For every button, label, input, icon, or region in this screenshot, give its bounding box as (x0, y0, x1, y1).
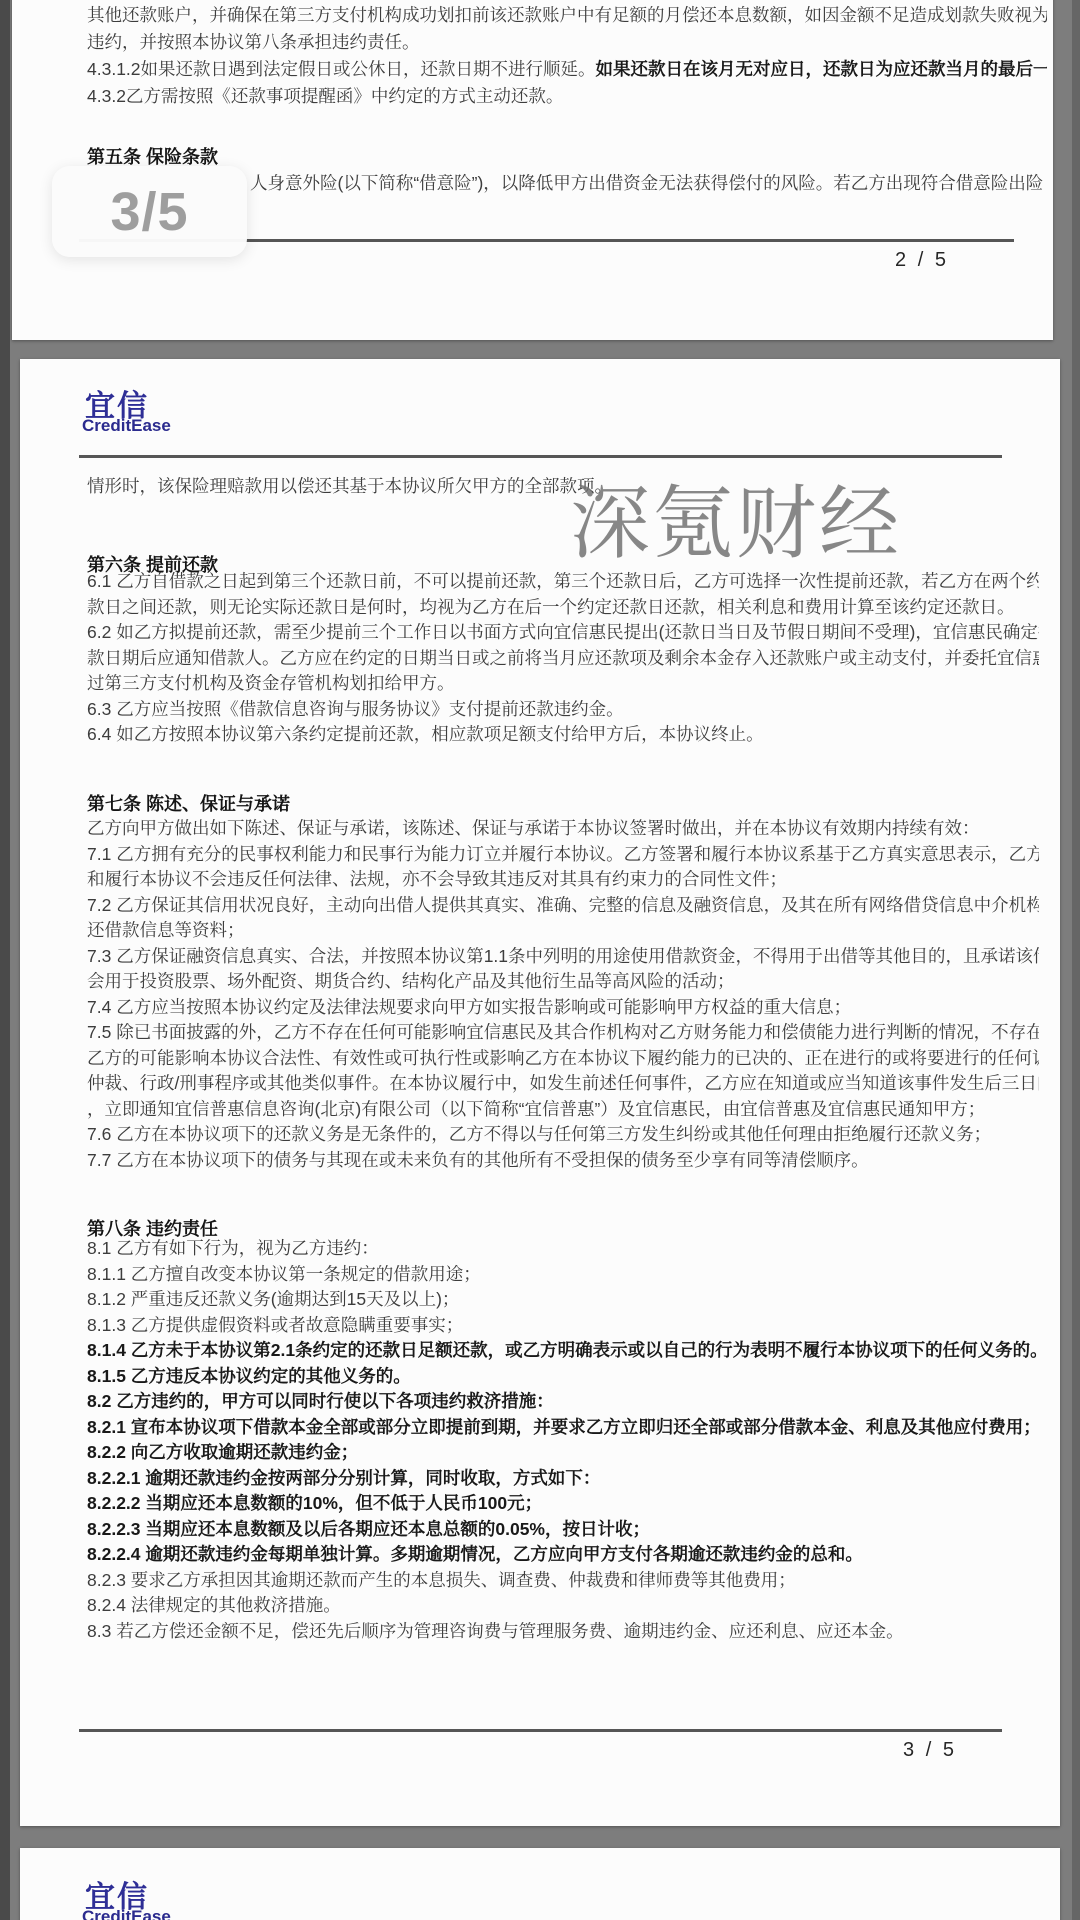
text-line: 8.2.2.3 当期应还本息数额及以后各期应还本息总额的0.05%，按日计收； (87, 1517, 1039, 1543)
text-line: 会用于投资股票、场外配资、期货合约、结构化产品及其他衍生品等高风险的活动； (87, 969, 1039, 995)
text-line: 其他还款账户，并确保在第三方支付机构成功划扣前该还款账户中有足额的月偿还本息数额… (87, 2, 1047, 29)
page-indicator-text: 3/5 (110, 181, 188, 243)
text-line: 4.3.1.2如果还款日遇到法定假日或公休日，还款日期不进行顺延。如果还款日在该… (87, 56, 1047, 83)
text-line: 还借款信息等资料； (87, 918, 1039, 944)
text-line: 7.6 乙方在本协议项下的还款义务是无条件的，乙方不得以与任何第三方发生纠纷或其… (87, 1122, 1039, 1148)
text-line: 8.1.3 乙方提供虚假资料或者故意隐瞒重要事实； (87, 1313, 1039, 1339)
text-line: 7.7 乙方在本协议项下的债务与其现在或未来负有的其他所有不受担保的债务至少享有… (87, 1148, 1039, 1174)
section6-body: 6.1 乙方自借款之日起到第三个还款日前，不可以提前还款，第三个还款日后，乙方可… (87, 569, 1039, 748)
page-indicator-toast: 3/5 (52, 166, 247, 257)
page-4[interactable]: 宜信 CreditEase (20, 1848, 1060, 1920)
text-line: 7.1 乙方拥有充分的民事权利能力和民事行为能力订立并履行本协议。乙方签署和履行… (87, 842, 1039, 868)
page2-number: 2 / 5 (872, 249, 972, 272)
text-line: 7.4 乙方应当按照本协议约定及法律法规要求向甲方如实报告影响或可能影响甲方权益… (87, 995, 1039, 1021)
text-line: 8.1.2 严重违反还款义务(逾期达到15天及以上)； (87, 1287, 1039, 1313)
page3-header-rule (79, 455, 1002, 458)
text-line: 8.2.2 向乙方收取逾期还款违约金； (87, 1440, 1039, 1466)
text-line: 款日期后应通知借款人。乙方应在约定的日期当日或之前将当月应还款项及剩余本金存入还… (87, 646, 1039, 672)
text-line: 7.5 除已书面披露的外，乙方不存在任何可能影响宜信惠民及其合作机构对乙方财务能… (87, 1020, 1039, 1046)
screen-left-edge (0, 0, 10, 1920)
text-line: 7.3 乙方保证融资信息真实、合法，并按照本协议第1.1条中列明的用途使用借款资… (87, 944, 1039, 970)
creditease-logo-en: CreditEase (82, 416, 171, 436)
text-line: 8.3 若乙方偿还金额不足，偿还先后顺序为管理咨询费与管理服务费、逾期违约金、应… (87, 1619, 1039, 1645)
text-line: 乙方向甲方做出如下陈述、保证与承诺，该陈述、保证与承诺于本协议签署时做出，并在本… (87, 816, 1039, 842)
text-line: 8.1.5 乙方违反本协议约定的其他义务的。 (87, 1364, 1039, 1390)
text-line: 乙方的可能影响本协议合法性、有效性或可执行性或影响乙方在本协议下履约能力的已决的… (87, 1046, 1039, 1072)
text-line: 6.3 乙方应当按照《借款信息咨询与服务协议》支付提前还款违约金。 (87, 697, 1039, 723)
text-line: 6.4 如乙方按照本协议第六条约定提前还款，相应款项足额支付给甲方后，本协议终止… (87, 722, 1039, 748)
screen-right-edge (1072, 0, 1080, 1920)
text-line: 8.2.2.1 逾期还款违约金按两部分分别计算，同时收取，方式如下： (87, 1466, 1039, 1492)
section8-body: 8.1 乙方有如下行为，视为乙方违约：8.1.1 乙方擅自改变本协议第一条规定的… (87, 1236, 1039, 1644)
text-line: 8.2.2.2 当期应还本息数额的10%，但不低于人民币100元； (87, 1491, 1039, 1517)
text-line: 仲裁、行政/刑事程序或其他类似事件。在本协议履行中，如发生前述任何事件，乙方应在… (87, 1071, 1039, 1097)
page3-number: 3 / 5 (880, 1739, 980, 1762)
text-line: 8.1.4 乙方未于本协议第2.1条约定的还款日足额还款，或乙方明确表示或以自己… (87, 1338, 1039, 1364)
text-line: 8.2.4 法律规定的其他救济措施。 (87, 1593, 1039, 1619)
text-line: 违约，并按照本协议第八条承担违约责任。 (87, 29, 1047, 56)
insurance-clause-line: 人身意外险(以下简称“借意险”)，以降低甲方出借资金无法获得偿付的风险。若乙方出… (250, 170, 1043, 195)
page-3[interactable]: 宜信 CreditEase 深氪财经 情形时，该保险理赔款用以偿还其基于本协议所… (20, 359, 1060, 1826)
insurance-carryover-line: 情形时，该保险理赔款用以偿还其基于本协议所欠甲方的全部款项。 (87, 473, 612, 498)
text-line: 6.2 如乙方拟提前还款，需至少提前三个工作日以书面方式向宜信惠民提出(还款日当… (87, 620, 1039, 646)
page3-footer-rule (79, 1729, 1002, 1732)
text-line: 7.2 乙方保证其信用状况良好，主动向出借人提供其真实、准确、完整的信息及融资信… (87, 893, 1039, 919)
text-line: 款日之间还款，则无论实际还款日是何时，均视为乙方在后一个约定还款日还款，相关利息… (87, 595, 1039, 621)
page2-text: 其他还款账户，并确保在第三方支付机构成功划扣前该还款账户中有足额的月偿还本息数额… (87, 2, 1047, 110)
text-line: 8.1.1 乙方擅自改变本协议第一条规定的借款用途； (87, 1262, 1039, 1288)
text-line: 8.2.3 要求乙方承担因其逾期还款而产生的本息损失、调查费、仲裁费和律师费等其… (87, 1568, 1039, 1594)
text-line: 8.2 乙方违约的，甲方可以同时行使以下各项违约救济措施： (87, 1389, 1039, 1415)
text-line: 4.3.2乙方需按照《还款事项提醒函》中约定的方式主动还款。 (87, 83, 1047, 110)
creditease-logo-en-p4: CreditEase (82, 1907, 171, 1920)
text-line: 和履行本协议不会违反任何法律、法规，亦不会导致其违反对其具有约束力的合同性文件； (87, 867, 1039, 893)
section7-body: 乙方向甲方做出如下陈述、保证与承诺，该陈述、保证与承诺于本协议签署时做出，并在本… (87, 816, 1039, 1173)
watermark-text: 深氪财经 (570, 459, 902, 574)
text-line: ，立即通知宜信普惠信息咨询(北京)有限公司（以下简称“宜信普惠”）及宜信惠民，由… (87, 1097, 1039, 1123)
text-line: 8.1 乙方有如下行为，视为乙方违约： (87, 1236, 1039, 1262)
text-line: 过第三方支付机构及资金存管机构划扣给甲方。 (87, 671, 1039, 697)
section7-heading: 第七条 陈述、保证与承诺 (87, 790, 290, 816)
text-line: 8.2.2.4 逾期还款违约金每期单独计算。多期逾期情况，乙方应向甲方支付各期逾… (87, 1542, 1039, 1568)
text-line: 8.2.1 宣布本协议项下借款本金全部或部分立即提前到期，并要求乙方立即归还全部… (87, 1415, 1039, 1441)
